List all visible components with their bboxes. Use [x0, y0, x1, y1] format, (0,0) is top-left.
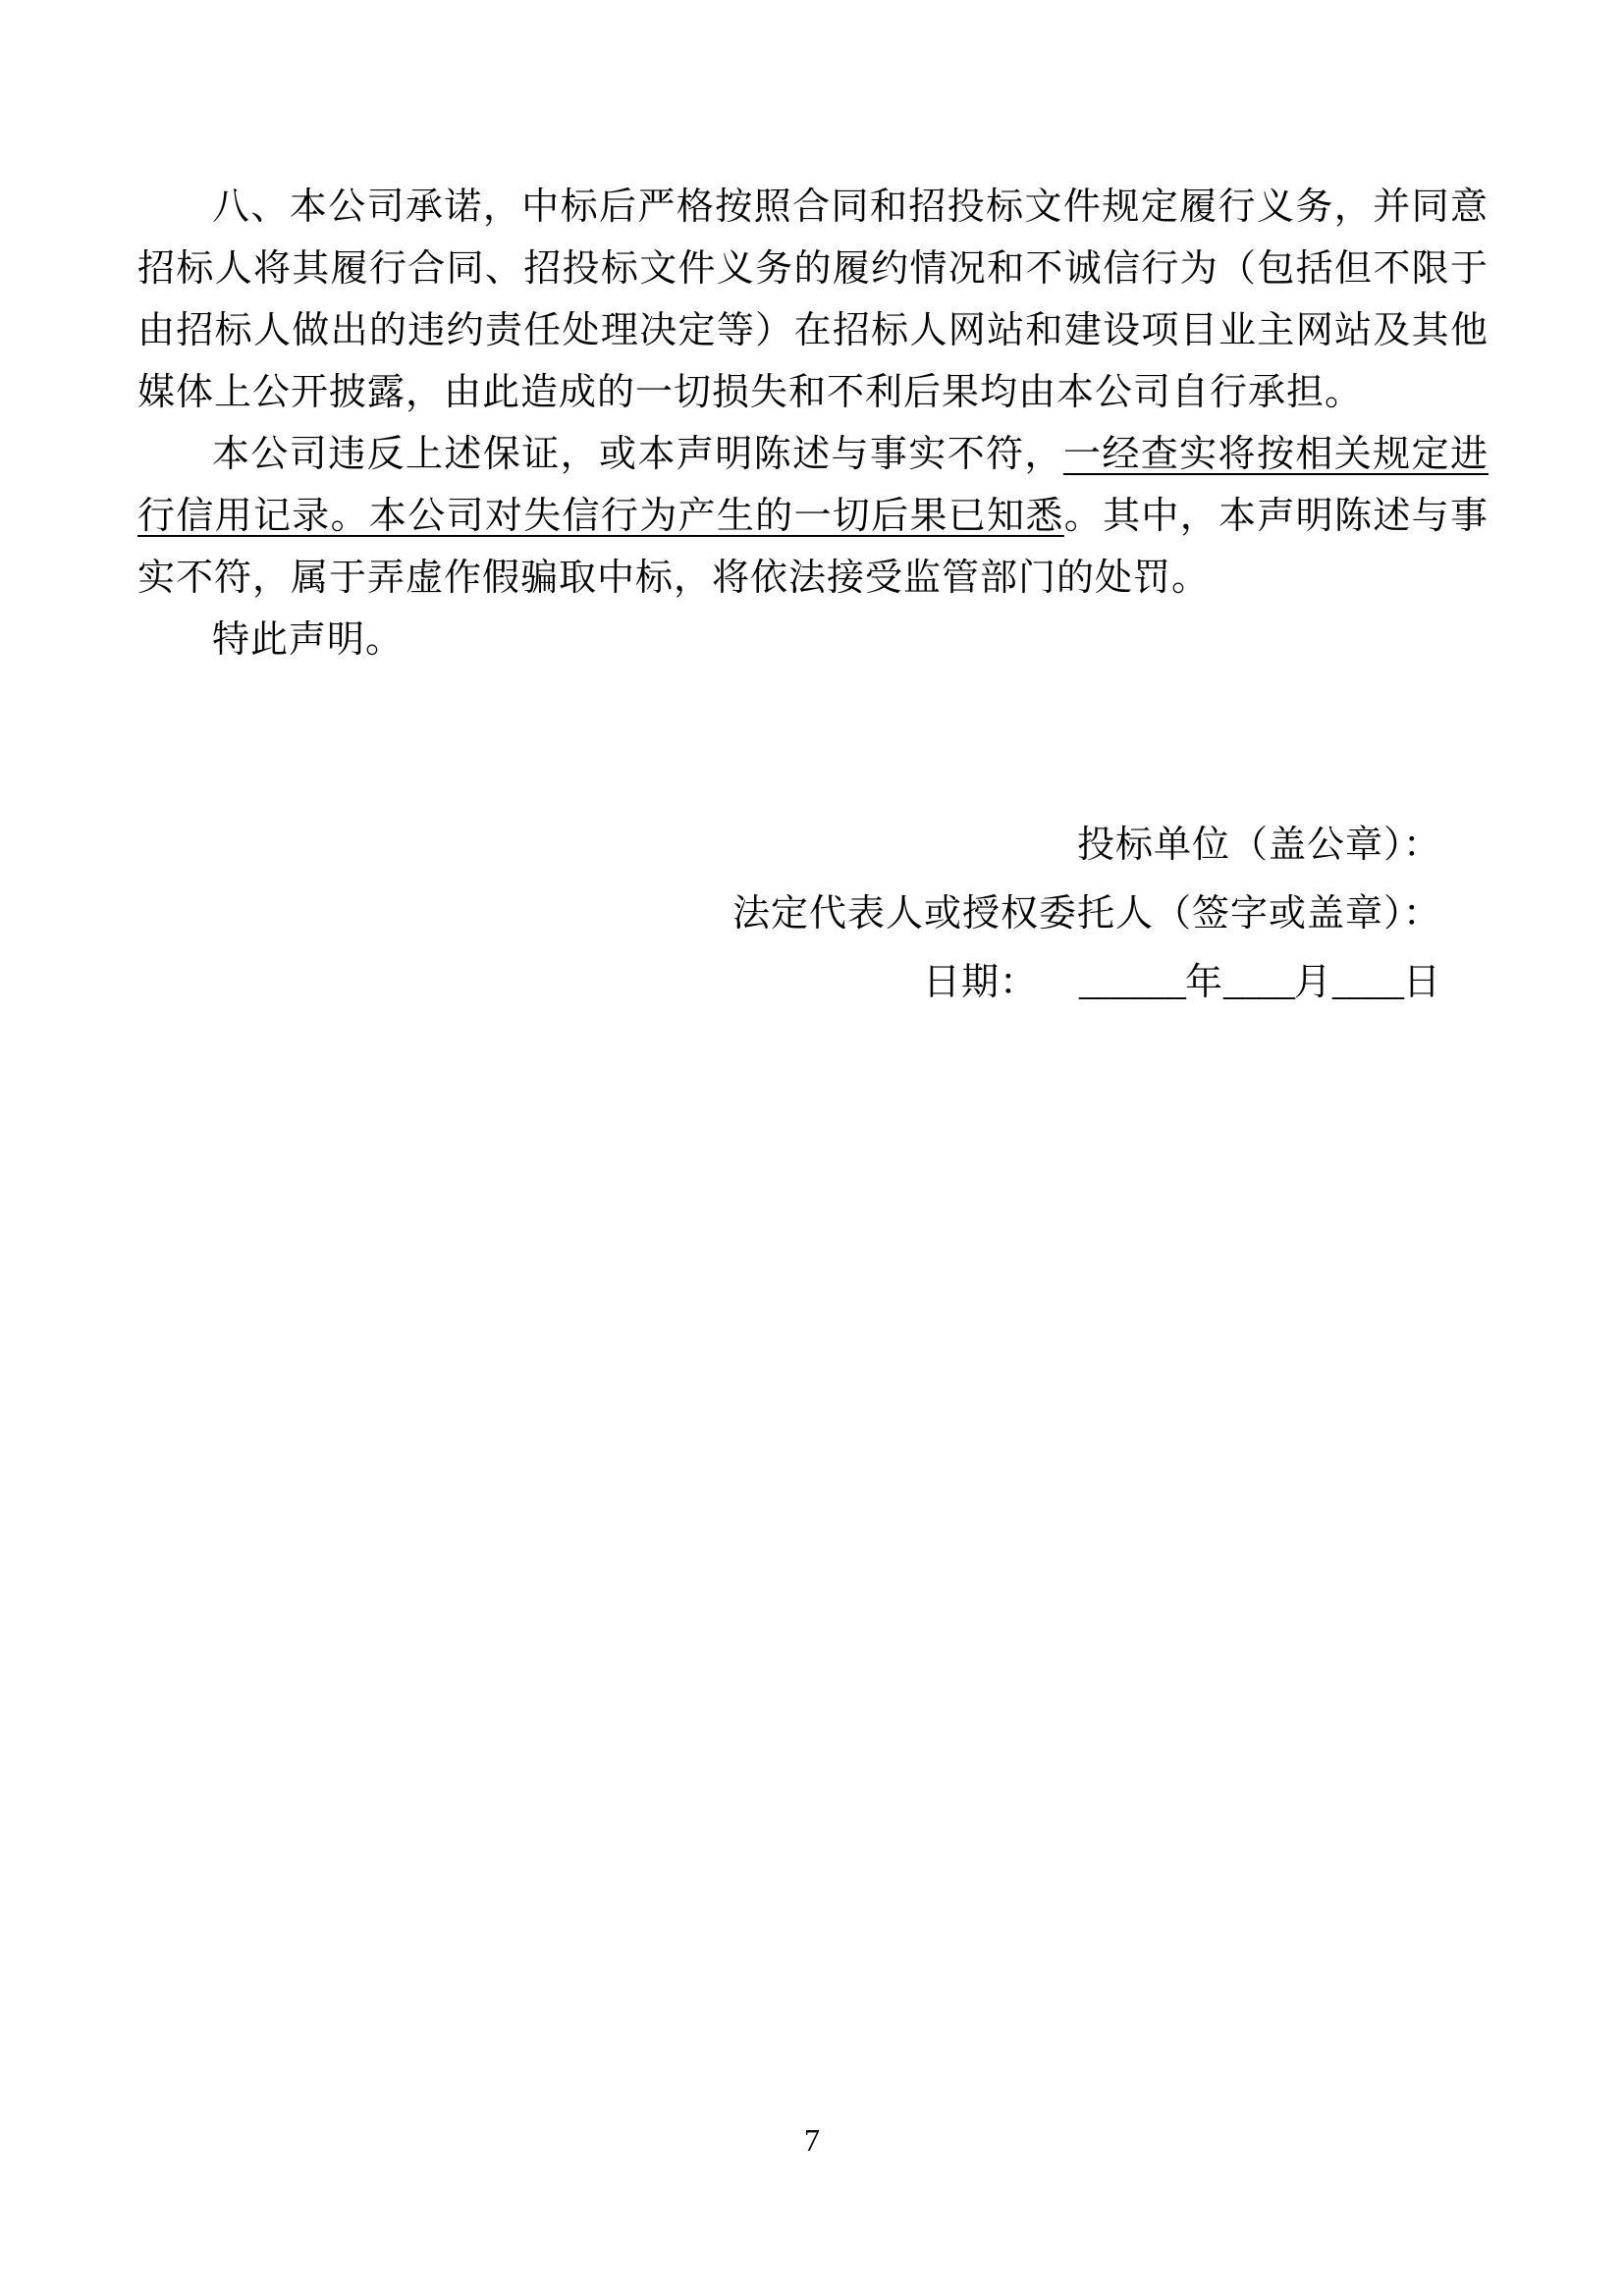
paragraph-commitment: 八、本公司承诺，中标后严格按照合同和招投标文件规定履行义务，并同意招标人将其履行… — [137, 177, 1489, 424]
paragraph-violation-text-before: 本公司违反上述保证，或本声明陈述与事实不符， — [212, 434, 1063, 475]
signature-unit-label: 投标单位（盖公章）： — [1077, 825, 1441, 866]
date-label: 日期： — [923, 962, 1038, 1003]
paragraph-declaration: 特此声明。 — [137, 610, 1489, 671]
paragraph-commitment-text: 八、本公司承诺，中标后严格按照合同和招投标文件规定履行义务，并同意招标人将其履行… — [137, 187, 1489, 413]
date-month-label: 月 — [1294, 962, 1332, 1003]
date-month-blank: ____ — [1223, 962, 1294, 1003]
signature-representative-line: 法定代表人或授权委托人（签字或盖章）： — [732, 880, 1441, 948]
signature-date-line: 日期：______年____月____日 — [732, 948, 1441, 1017]
document-page: 八、本公司承诺，中标后严格按照合同和招投标文件规定履行义务，并同意招标人将其履行… — [0, 0, 1624, 2296]
date-year-blank: ______ — [1079, 962, 1185, 1003]
signature-representative-label: 法定代表人或授权委托人（签字或盖章）： — [732, 893, 1441, 934]
date-day-label: 日 — [1403, 962, 1441, 1003]
date-day-blank: ____ — [1332, 962, 1403, 1003]
signature-unit-line: 投标单位（盖公章）： — [732, 811, 1441, 880]
date-year-label: 年 — [1185, 962, 1223, 1003]
document-body: 八、本公司承诺，中标后严格按照合同和招投标文件规定履行义务，并同意招标人将其履行… — [137, 177, 1489, 671]
paragraph-violation: 本公司违反上述保证，或本声明陈述与事实不符，一经查实将按相关规定进行信用记录。本… — [137, 424, 1489, 610]
paragraph-declaration-text: 特此声明。 — [212, 619, 404, 661]
page-number: 7 — [0, 2120, 1624, 2160]
signature-block: 投标单位（盖公章）： 法定代表人或授权委托人（签字或盖章）： 日期：______… — [732, 811, 1441, 1017]
